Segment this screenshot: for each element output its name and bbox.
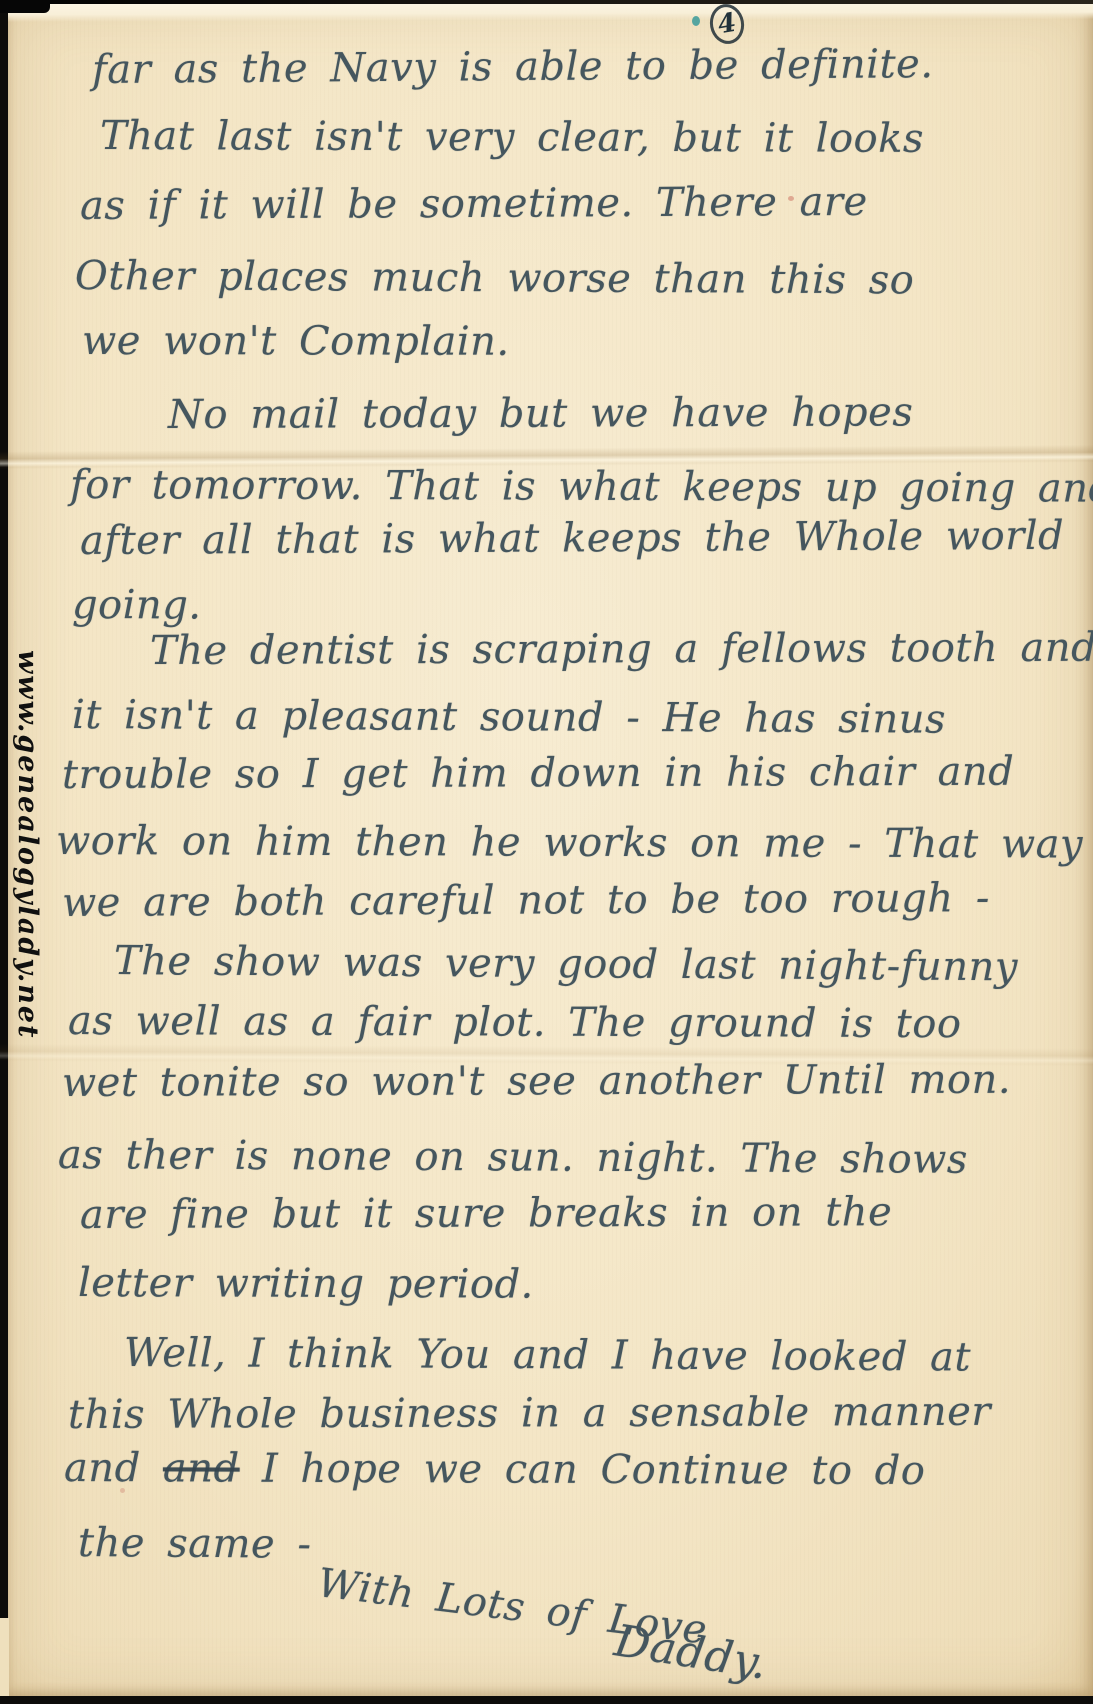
letter-line-19: are fine but it sure breaks in on the	[80, 1189, 892, 1238]
handwritten-text: work on him then he works on me - That w…	[56, 818, 1083, 868]
letter-line-4: Other places much worse than this so	[75, 253, 914, 303]
handwritten-text: far as the Navy is able to be definite.	[92, 41, 934, 93]
letter-line-18: as ther is none on sun. night. The shows	[58, 1132, 968, 1183]
scan-edge-top	[0, 0, 1093, 4]
handwritten-text: I hope we can Continue to do	[240, 1446, 926, 1494]
letter-line-12: trouble so I get him down in his chair a…	[62, 749, 1014, 798]
handwritten-text: The dentist is scraping a fellows tooth …	[150, 625, 1093, 674]
handwritten-text: after all that is what keeps the Whole w…	[80, 513, 1064, 564]
letter-line-1: far as the Navy is able to be definite.	[92, 41, 934, 93]
handwritten-text: for tomorrow. That is what keeps up goin…	[70, 462, 1093, 512]
handwritten-text: as if it will be sometime. There are	[80, 179, 868, 229]
paper-bottom-left-edge	[0, 1618, 9, 1696]
letter-line-6: No mail today but we have hopes	[168, 389, 913, 438]
letter-line-23: and and I hope we can Continue to do	[64, 1445, 926, 1494]
letter-line-10: The dentist is scraping a fellows tooth …	[150, 625, 1093, 674]
handwritten-text: as ther is none on sun. night. The shows	[58, 1132, 968, 1183]
letter-line-16: as well as a fair plot. The ground is to…	[68, 998, 962, 1047]
letter-line-9: going.	[72, 582, 202, 628]
handwritten-text: wet tonite so won't see another Until mo…	[62, 1057, 1011, 1106]
handwritten-text: as well as a fair plot. The ground is to…	[68, 998, 962, 1047]
handwritten-text: Well, I think You and I have looked at	[124, 1330, 971, 1380]
handwritten-text: we are both careful not to be too rough …	[62, 875, 990, 926]
letter-line-3: as if it will be sometime. There are	[80, 179, 868, 229]
letter-line-17: wet tonite so won't see another Until mo…	[62, 1057, 1011, 1106]
letter-line-20: letter writing period.	[78, 1260, 534, 1308]
letter-line-5: we won't Complain.	[82, 318, 510, 365]
handwritten-text: and	[64, 1445, 163, 1491]
letter-line-22: this Whole business in a sensable manner	[68, 1389, 991, 1438]
letter-line-11: it isn't a pleasant sound - He has sinus	[72, 692, 946, 743]
handwritten-text: No mail today but we have hopes	[168, 389, 913, 438]
letter-line-15: The show was very good last night-funny	[114, 938, 1018, 990]
handwritten-text: it isn't a pleasant sound - He has sinus	[72, 692, 946, 743]
letter-line-24: the same -	[78, 1520, 312, 1568]
letter-line-14: we are both careful not to be too rough …	[62, 875, 990, 926]
scanned-letter-page: www.genealogylady.net 4 far as the Navy …	[0, 0, 1093, 1704]
watermark-text: www.genealogylady.net	[12, 650, 43, 1070]
scan-corner-blob	[0, 0, 50, 13]
handwritten-text: are fine but it sure breaks in on the	[80, 1189, 892, 1238]
letter-line-2: That last isn't very clear, but it looks	[100, 113, 924, 162]
handwritten-text: we won't Complain.	[82, 318, 510, 365]
letter-line-13: work on him then he works on me - That w…	[56, 818, 1083, 868]
handwritten-text: letter writing period.	[78, 1260, 534, 1308]
teal-ink-speck	[692, 16, 700, 26]
handwritten-text: The show was very good last night-funny	[114, 938, 1018, 990]
struck-word: and	[163, 1445, 240, 1491]
letter-line-21: Well, I think You and I have looked at	[124, 1330, 971, 1380]
handwritten-text: Other places much worse than this so	[75, 253, 914, 303]
handwritten-text: trouble so I get him down in his chair a…	[62, 749, 1014, 798]
handwritten-text: the same -	[78, 1520, 312, 1568]
handwritten-text: That last isn't very clear, but it looks	[100, 113, 924, 162]
handwritten-text: this Whole business in a sensable manner	[68, 1389, 991, 1438]
paper-top-edge	[8, 1, 1093, 22]
letter-line-7: for tomorrow. That is what keeps up goin…	[70, 462, 1093, 512]
handwritten-text: going.	[72, 582, 202, 628]
letter-line-8: after all that is what keeps the Whole w…	[80, 513, 1064, 564]
